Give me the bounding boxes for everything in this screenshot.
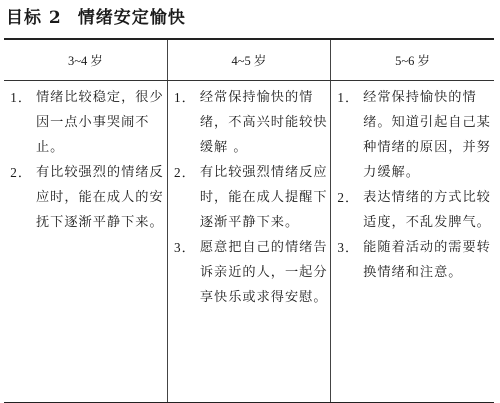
item-number: 3． (331, 235, 363, 285)
list-item: 3．能随着活动的需要转换情绪和注意。 (331, 235, 494, 285)
item-text: 经常保持愉快的情绪，不高兴时能较快缓解 。 (200, 85, 330, 160)
item-text: 表达情绪的方式比较适度，不乱发脾气。 (363, 185, 494, 235)
item-number: 2． (331, 185, 363, 235)
item-text: 情绪比较稳定，很少因一点小事哭闹不止。 (36, 85, 167, 160)
list-item: 1．经常保持愉快的情绪，不高兴时能较快缓解 。 (168, 85, 330, 160)
column-header-3-4: 3~4 岁 (4, 39, 167, 81)
header-row: 3~4 岁 4~5 岁 5~6 岁 (4, 39, 494, 81)
item-text: 有比较强烈情绪反应时，能在成人提醒下逐渐平静下来。 (200, 160, 330, 235)
column-header-4-5: 4~5 岁 (167, 39, 330, 81)
goal-title: 情绪安定愉快 (78, 8, 186, 28)
item-text: 经常保持愉快的情绪。知道引起自己某种情绪的原因，并努力缓解。 (363, 85, 494, 185)
column-header-5-6: 5~6 岁 (331, 39, 494, 81)
list-item: 3．愿意把自己的情绪告诉亲近的人，一起分享快乐或求得安慰。 (168, 235, 330, 310)
item-number: 3． (168, 235, 200, 310)
cell-3-4: 1．情绪比较稳定，很少因一点小事哭闹不止。 2．有比较强烈的情绪反应时，能在成人… (4, 81, 167, 403)
list-item: 2．有比较强烈的情绪反应时，能在成人的安抚下逐渐平静下来。 (4, 160, 167, 235)
section-title: 目标 2情绪安定愉快 (6, 3, 186, 28)
list-item: 2．表达情绪的方式比较适度，不乱发脾气。 (331, 185, 494, 235)
list-item: 2．有比较强烈情绪反应时，能在成人提醒下逐渐平静下来。 (168, 160, 330, 235)
item-number: 1． (168, 85, 200, 160)
item-number: 1． (331, 85, 363, 185)
item-number: 2． (168, 160, 200, 235)
item-number: 2． (4, 160, 36, 235)
table-row: 1．情绪比较稳定，很少因一点小事哭闹不止。 2．有比较强烈的情绪反应时，能在成人… (4, 81, 494, 403)
item-text: 有比较强烈的情绪反应时，能在成人的安抚下逐渐平静下来。 (36, 160, 167, 235)
goal-number: 目标 2 (6, 8, 62, 28)
cell-4-5: 1．经常保持愉快的情绪，不高兴时能较快缓解 。 2．有比较强烈情绪反应时，能在成… (167, 81, 330, 403)
list-item: 1．经常保持愉快的情绪。知道引起自己某种情绪的原因，并努力缓解。 (331, 85, 494, 185)
item-number: 1． (4, 85, 36, 160)
age-goal-table: 3~4 岁 4~5 岁 5~6 岁 1．情绪比较稳定，很少因一点小事哭闹不止。 … (4, 38, 494, 403)
item-text: 能随着活动的需要转换情绪和注意。 (363, 235, 494, 285)
item-text: 愿意把自己的情绪告诉亲近的人，一起分享快乐或求得安慰。 (200, 235, 330, 310)
cell-5-6: 1．经常保持愉快的情绪。知道引起自己某种情绪的原因，并努力缓解。 2．表达情绪的… (331, 81, 494, 403)
list-item: 1．情绪比较稳定，很少因一点小事哭闹不止。 (4, 85, 167, 160)
